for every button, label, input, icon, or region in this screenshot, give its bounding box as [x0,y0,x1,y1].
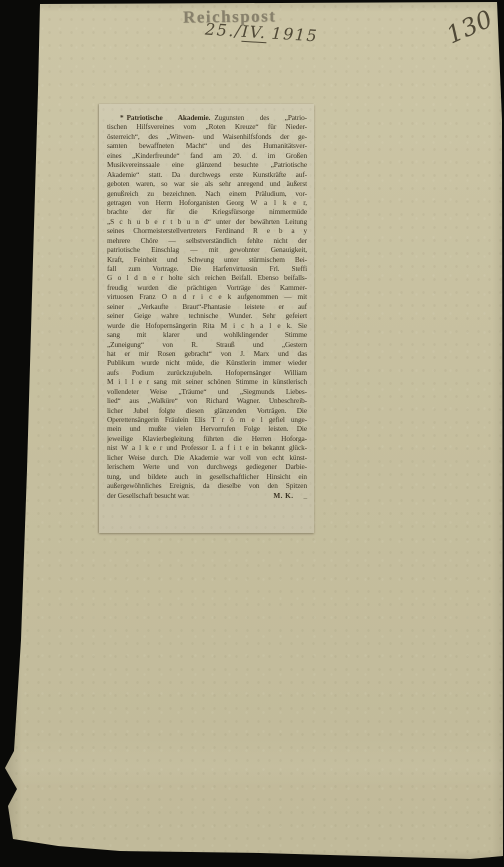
clipping-text-line: mehrere Chöre — selbstverständlich fehlt… [107,236,307,245]
clipping-text-line: hat er mir Rosen gebracht“ von J. Marx u… [107,349,307,358]
clipping-text-line: Musikvereinssaale eine glänzend besuchte… [107,160,307,169]
clipping-text-line: nist W a l k e r und Professor L a f i t… [107,443,307,452]
clipping-text-line: seiner Geige wahre technische Wunder. Se… [107,311,307,320]
clipping-text-line: licher Jubel folgte diesen glänzenden Vo… [107,406,307,415]
clipping-text-line: „Zuneigung“ von R. Strauß und „Gestern [107,340,307,349]
clipping-text-line: lied“ aus „Walküre“ von Richard Wagner. … [107,396,307,405]
clipping-text-line: seines Chormeisterstellvertreters Ferdin… [107,226,307,235]
clipping-text-line: freudig wurden die prächtigen Vorträge d… [107,283,307,292]
clipping-text-line: genußreich zu bezeichnen. Nach einem Prä… [107,189,307,198]
newspaper-clipping: *Patriotische Akademie.Zugunsten des „Pa… [99,104,314,533]
clipping-text-line: außergewöhnliches Ereignis, da dieselbe … [107,481,307,490]
handwritten-date-year: 1915 [271,24,319,46]
clipping-text-line: tung, und bildete auch in gesellschaftli… [107,472,307,481]
clipping-text-line: patriotische Einschlag — mit gewohnter G… [107,245,307,254]
clipping-text-line: aufs Podium zurückzujubeln. Hofopernsäng… [107,368,307,377]
clipping-text-line: Kraft, Feinheit und Schwung unter stürmi… [107,255,307,264]
clipping-text-line: „S c h u b e r t b u n d“ unter der bewä… [107,217,307,226]
handwritten-page-number: 130 [442,5,497,50]
clipping-text-line: samten bewaffneten Macht“ und des Humani… [107,141,307,150]
clipping-text-line: lerischem Werte und von durchwegs gedieg… [107,462,307,471]
clipping-text-line: vollendeter Weise „Träume“ und „Siegmund… [107,387,307,396]
clipping-text-line: österreich“, des „Witwen- und Waisenhilf… [107,132,307,141]
clipping-text-line: fall zum Vortrage. Die Harfenvirtuosin F… [107,264,307,273]
clipping-body: tischen Hilfsvereines vom „Roten Kreuze“… [107,122,307,490]
clipping-text-line: M i l l e r sang mit seiner schönen Stim… [107,377,307,386]
clipping-text-line: geboten waren, so war sie als sehr anreg… [107,179,307,188]
clipping-text-line: mein und mußte vielen Hervorrufen Folge … [107,424,307,433]
clipping-text-line: jeweilige Klavierbegleitung führten die … [107,434,307,443]
clipping-text-line: virtuosen Franz O n d r i c e k aufgenom… [107,292,307,301]
signature-mark: _ [303,491,307,500]
clipping-text-line: brachte der für die Kriegsfürsorge nimme… [107,207,307,216]
handwritten-date: 25./IV.1915 [205,20,319,46]
clipping-text-line: Publikum wurde nicht müde, die Künstleri… [107,358,307,367]
clipping-text-line: G o l d n e r holte sich reichen Beifall… [107,273,307,282]
clipping-text-line: getragen von Herrn Hoforganisten Georg W… [107,198,307,207]
clipping-last-line: der Gesellschaft besucht war. M. K. _ [107,491,307,500]
clipping-heading: Patriotische Akademie. [127,113,211,122]
clipping-text-line: tischen Hilfsvereines vom „Roten Kreuze“… [107,122,307,131]
clipping-text-line: wurde die Hofopernsängerin Rita M i c h … [107,321,307,330]
clipping-star: * [120,113,124,122]
clipping-first-line-text: Zugunsten des „Patrio- [214,113,307,122]
clipping-text-line: sang mit klarer und wohlklingender Stimm… [107,330,307,339]
clipping-text-line: licher Weise durch. Die Akademie war vol… [107,453,307,462]
album-page: Reichspost 25./IV.1915 130 *Patriotische… [0,0,504,867]
handwritten-date-day: 25./ [205,20,243,41]
clipping-last-line-text: der Gesellschaft besucht war. [107,491,190,500]
handwritten-date-month: IV. [241,22,267,43]
clipping-first-line: *Patriotische Akademie.Zugunsten des „Pa… [107,113,307,122]
clipping-text-line: seiner „Verkaufte Braut“-Phantasie leist… [107,302,307,311]
clipping-signature: M. K. [273,491,293,500]
clipping-text-line: Operettensängerin Fräulein Elis T r ö m … [107,415,307,424]
clipping-text-line: eines „Kinderfreunde“ fand am 20. d. im … [107,151,307,160]
clipping-text-line: Akademie“ statt. Da durchwegs erste Kuns… [107,170,307,179]
